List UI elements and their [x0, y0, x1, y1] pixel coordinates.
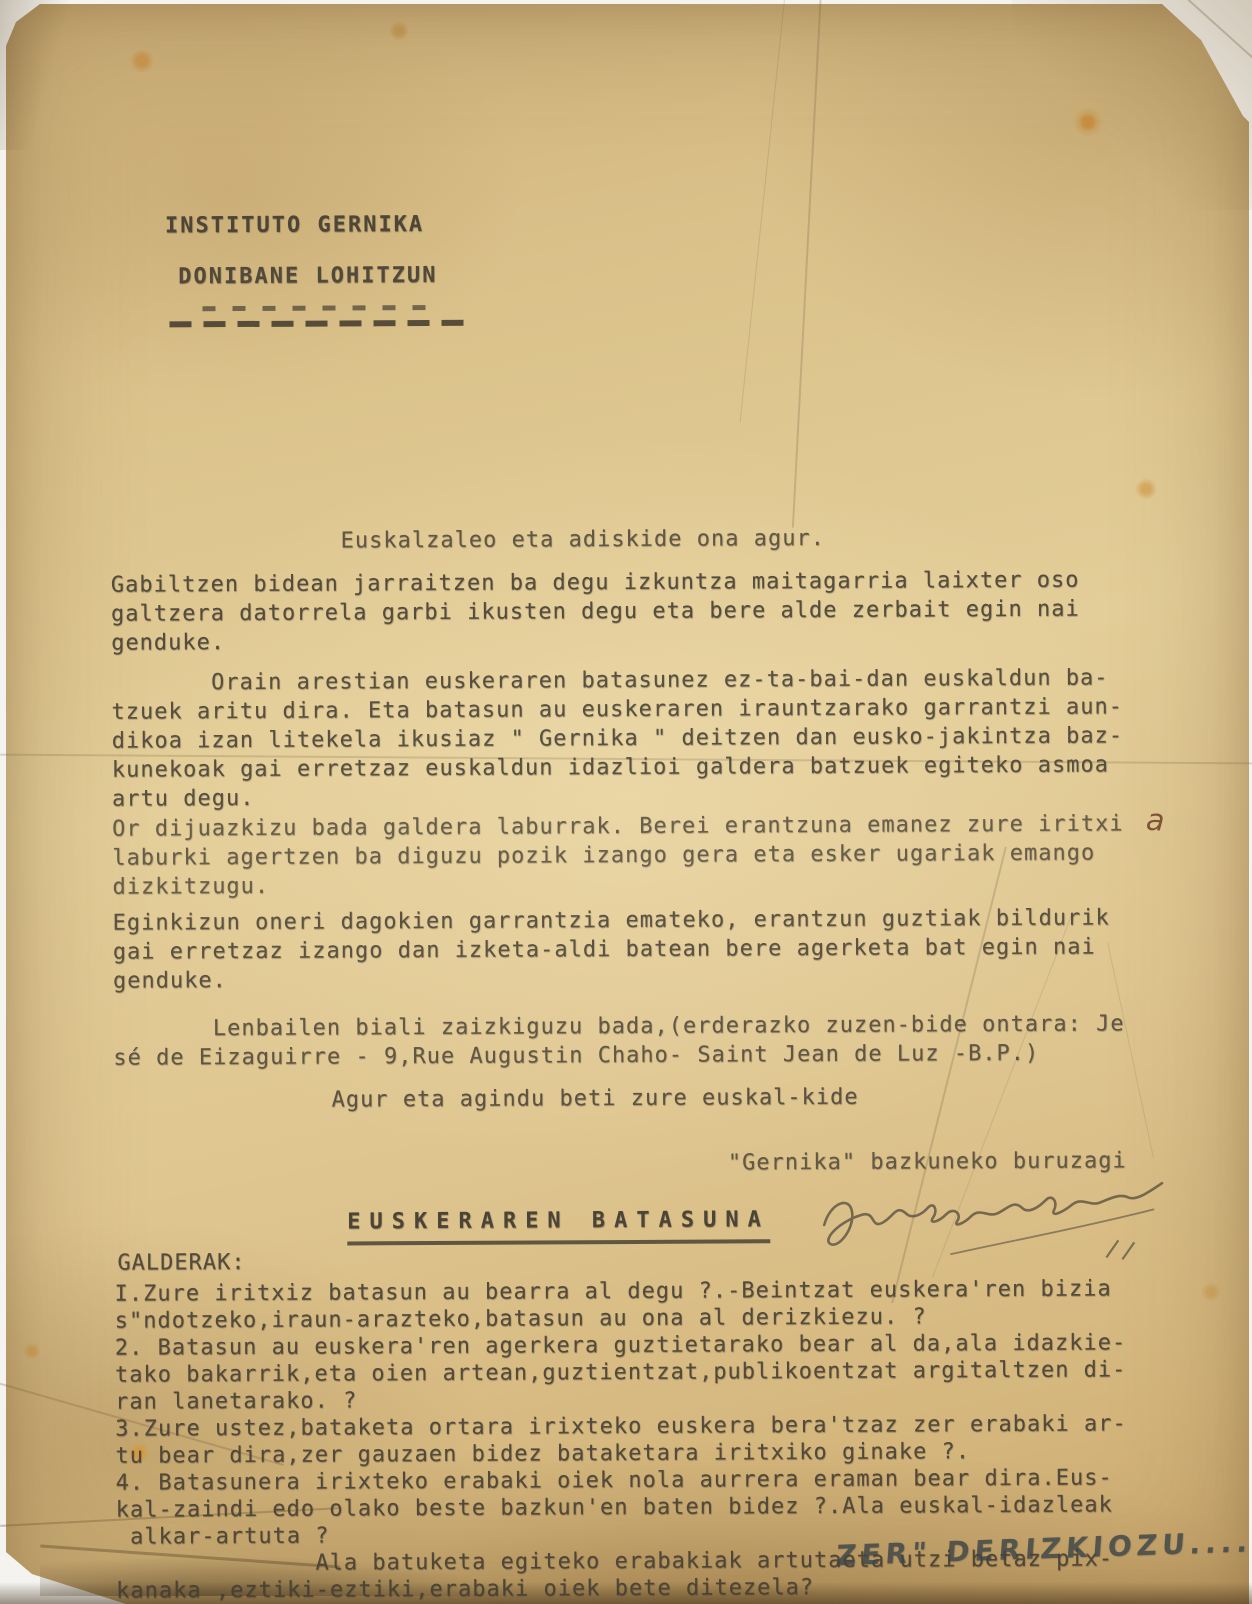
salutation-line: Euskalzaleo eta adiskide ona agur.: [341, 524, 825, 556]
handwritten-letter-a: a: [1145, 803, 1166, 839]
letterhead-dashed-underline: [169, 320, 471, 328]
paragraph-4: Eginkizun oneri dagokien garrantzia emat…: [113, 903, 1111, 995]
question-3: 3.Zure ustez,bataketa ortara irixteko eu…: [115, 1410, 1127, 1469]
paragraph-3: Or dijuazkizu bada galdera laburrak. Ber…: [112, 809, 1124, 901]
letterhead-line1: INSTITUTO GERNIKA: [165, 210, 424, 240]
letter-content: INSTITUTO GERNIKA DONIBANE LOHITZUN Eusk…: [0, 0, 1252, 1604]
letterhead-line2: DONIBANE LOHITZUN: [178, 261, 437, 291]
paragraph-1: Gabiltzen bidean jarraitzen ba degu izku…: [111, 566, 1080, 658]
handwritten-signature: [810, 1157, 1183, 1269]
closing-line: Agur eta agindu beti zure euskal-kide: [331, 1083, 858, 1115]
questions-label: GALDERAK:: [117, 1248, 245, 1278]
question-2: 2. Batasun au euskera'ren agerkera guzti…: [115, 1329, 1127, 1415]
question-1: I.Zure iritxiz batasun au bearra al degu…: [114, 1275, 1126, 1334]
paragraph-5: Lenbailen biali zaizkiguzu bada,(erderaz…: [113, 1009, 1125, 1072]
paragraph-2: Orain arestian euskeraren batasunez ez-t…: [111, 663, 1123, 813]
section-heading: EUSKERAREN BATASUNA: [347, 1205, 770, 1245]
letterhead-dashed-underline: [202, 305, 440, 311]
